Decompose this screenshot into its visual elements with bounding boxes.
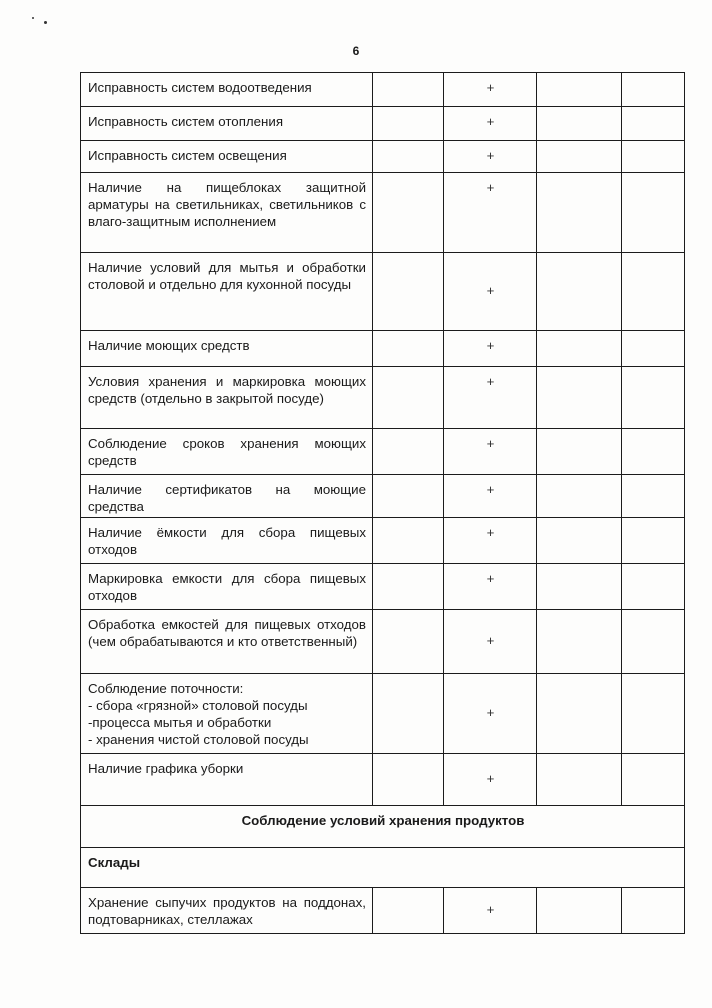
criterion-label: Маркировка емкости для сбора пищевых отх… [81,564,373,610]
mark-cell-col-3 [537,367,622,429]
mark-cell-col-2: + [444,475,537,518]
mark-cell-col-1 [373,564,444,610]
mark-cell-col-1 [373,141,444,173]
mark-cell-col-3 [537,331,622,367]
mark-cell-col-4 [622,610,685,674]
criterion-label: Исправность систем отопления [81,107,373,141]
mark-cell-col-4 [622,141,685,173]
subsection-row: Склады [81,848,685,888]
mark-cell-col-4 [622,674,685,754]
criterion-label: Исправность систем водоотведения [81,73,373,107]
mark-cell-col-4 [622,253,685,331]
mark-cell-col-4 [622,367,685,429]
criterion-label: Наличие на пищеблоках защитной арматуры … [81,173,373,253]
criterion-label: Наличие сертификатов на моющие средства [81,475,373,518]
scan-speck [44,21,47,24]
mark-cell-col-1 [373,610,444,674]
mark-cell-col-1 [373,331,444,367]
mark-cell-col-1 [373,367,444,429]
criterion-label: Исправность систем освещения [81,141,373,173]
mark-cell-col-4 [622,429,685,475]
mark-cell-col-2: + [444,253,537,331]
mark-cell-col-2: + [444,331,537,367]
section-title: Соблюдение условий хранения продуктов [81,806,685,848]
table-row: Наличие условий для мытья и обработки ст… [81,253,685,331]
mark-cell-col-1 [373,674,444,754]
mark-cell-col-1 [373,475,444,518]
criterion-label: Соблюдение поточности:- сбора «грязной» … [81,674,373,754]
mark-cell-col-3 [537,674,622,754]
table-row: Исправность систем водоотведения+ [81,73,685,107]
mark-cell-col-1 [373,253,444,331]
mark-cell-col-3 [537,173,622,253]
mark-cell-col-2: + [444,754,537,806]
criterion-label: Наличие ёмкости для сбора пищевых отходо… [81,518,373,564]
mark-cell-col-4 [622,331,685,367]
criterion-label: Соблюдение сроков хранения моющих средст… [81,429,373,475]
table-row: Маркировка емкости для сбора пищевых отх… [81,564,685,610]
criterion-label: Наличие графика уборки [81,754,373,806]
mark-cell-col-2: + [444,367,537,429]
table-row: Исправность систем освещения+ [81,141,685,173]
table-row: Обработка емкостей для пищевых отходов (… [81,610,685,674]
mark-cell-col-3 [537,754,622,806]
mark-cell-col-4 [622,564,685,610]
mark-cell-col-4 [622,107,685,141]
criterion-label: Условия хранения и маркировка моющих сре… [81,367,373,429]
criterion-label: Наличие условий для мытья и обработки ст… [81,253,373,331]
table-row: Соблюдение сроков хранения моющих средст… [81,429,685,475]
mark-cell-col-4 [622,173,685,253]
mark-cell-col-2: + [444,518,537,564]
mark-cell-col-2: + [444,429,537,475]
criterion-line: - сбора «грязной» столовой посуды [88,697,366,714]
mark-cell-col-2: + [444,674,537,754]
scan-speck [32,17,34,19]
mark-cell-col-1 [373,107,444,141]
checklist-body: Исправность систем водоотведения+Исправн… [81,73,685,934]
mark-cell-col-1 [373,173,444,253]
mark-cell-col-3 [537,888,622,934]
table-row: Соблюдение поточности:- сбора «грязной» … [81,674,685,754]
mark-cell-col-3 [537,141,622,173]
mark-cell-col-3 [537,73,622,107]
mark-cell-col-4 [622,754,685,806]
subsection-title: Склады [81,848,685,888]
mark-cell-col-1 [373,518,444,564]
criterion-label: Наличие моющих средств [81,331,373,367]
table-row: Наличие на пищеблоках защитной арматуры … [81,173,685,253]
mark-cell-col-3 [537,429,622,475]
table-row: Наличие сертификатов на моющие средства+ [81,475,685,518]
criterion-line: Соблюдение поточности: [88,680,366,697]
mark-cell-col-2: + [444,173,537,253]
criterion-line: -процесса мытья и обработки [88,714,366,731]
mark-cell-col-3 [537,253,622,331]
mark-cell-col-2: + [444,107,537,141]
mark-cell-col-2: + [444,888,537,934]
criterion-label: Хранение сыпучих продуктов на поддонах, … [81,888,373,934]
mark-cell-col-2: + [444,73,537,107]
page-number: 6 [0,44,712,58]
mark-cell-col-1 [373,888,444,934]
mark-cell-col-4 [622,73,685,107]
table-row: Условия хранения и маркировка моющих сре… [81,367,685,429]
mark-cell-col-3 [537,475,622,518]
mark-cell-col-1 [373,73,444,107]
checklist-table: Исправность систем водоотведения+Исправн… [80,72,685,934]
mark-cell-col-3 [537,610,622,674]
table-row: Исправность систем отопления+ [81,107,685,141]
mark-cell-col-4 [622,518,685,564]
table-row: Наличие ёмкости для сбора пищевых отходо… [81,518,685,564]
mark-cell-col-4 [622,888,685,934]
criterion-label: Обработка емкостей для пищевых отходов (… [81,610,373,674]
table-row: Хранение сыпучих продуктов на поддонах, … [81,888,685,934]
mark-cell-col-3 [537,564,622,610]
criterion-line: - хранения чистой столовой посуды [88,731,366,748]
mark-cell-col-3 [537,518,622,564]
mark-cell-col-3 [537,107,622,141]
mark-cell-col-1 [373,754,444,806]
mark-cell-col-2: + [444,141,537,173]
mark-cell-col-4 [622,475,685,518]
table-row: Наличие графика уборки+ [81,754,685,806]
section-header-row: Соблюдение условий хранения продуктов [81,806,685,848]
mark-cell-col-1 [373,429,444,475]
mark-cell-col-2: + [444,564,537,610]
mark-cell-col-2: + [444,610,537,674]
table-row: Наличие моющих средств+ [81,331,685,367]
